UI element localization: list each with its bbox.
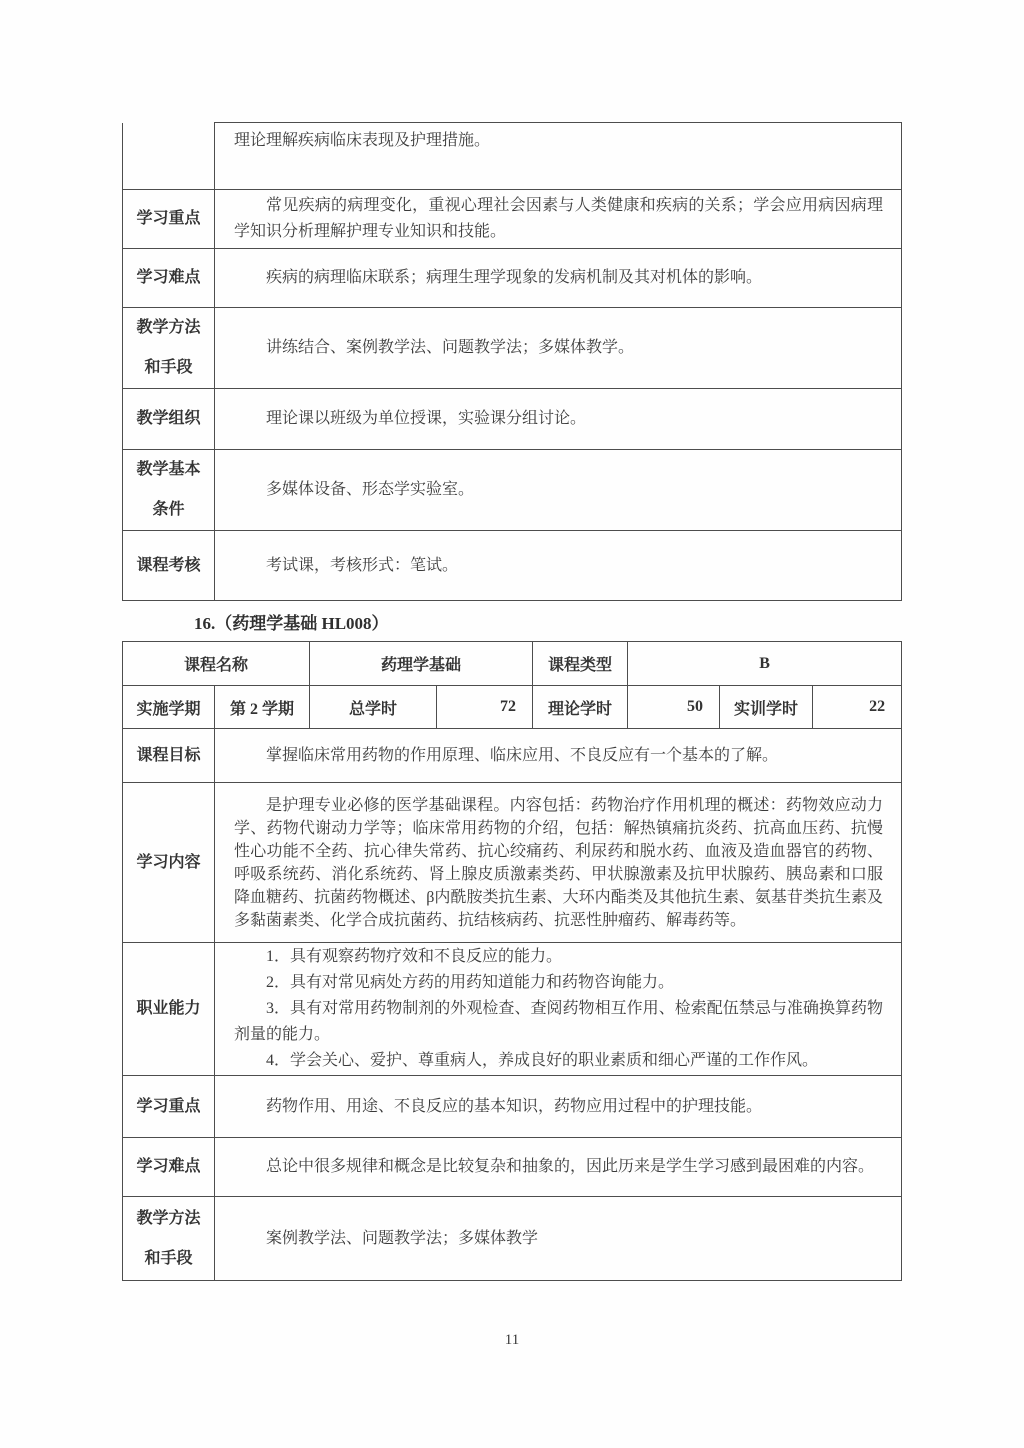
study-focus-text: 常见疾病的病理变化，重视心理社会因素与人类健康和疾病的关系；学会应用病因病理学知… <box>234 193 883 245</box>
continuation-text: 理论理解疾病临床表现及护理措施。 <box>234 128 883 154</box>
table-row: 学习重点 常见疾病的病理变化，重视心理社会因素与人类健康和疾病的关系；学会应用病… <box>123 190 902 249</box>
table-row: 课程目标 掌握临床常用药物的作用原理、临床应用、不良反应有一个基本的了解。 <box>123 729 902 783</box>
study-difficulty-text: 总论中很多规律和概念是比较复杂和抽象的，因此历来是学生学习感到最困难的内容。 <box>234 1154 883 1180</box>
practice-hours-label: 实训学时 <box>720 686 813 729</box>
study-focus-cell: 药物作用、用途、不良反应的基本知识，药物应用过程中的护理技能。 <box>215 1076 902 1138</box>
teaching-method-text: 案例教学法、问题教学法；多媒体教学 <box>234 1226 883 1252</box>
ability-item-4: 4．学会关心、爱护、尊重病人，养成良好的职业素质和细心严谨的工作作风。 <box>234 1048 883 1074</box>
continuation-cell: 理论理解疾病临床表现及护理措施。 <box>215 123 902 190</box>
course-type-label: 课程类型 <box>533 642 628 686</box>
course-assessment-cell: 考试课，考核形式：笔试。 <box>215 531 902 601</box>
table-row: 教学组织 理论课以班级为单位授课，实验课分组讨论。 <box>123 389 902 450</box>
ability-item-1: 1．具有观察药物疗效和不良反应的能力。 <box>234 944 883 970</box>
table-row: 教学方法 和手段 案例教学法、问题教学法；多媒体教学 <box>123 1197 902 1281</box>
label-study-focus: 学习重点 <box>123 190 215 249</box>
document-page: 理论理解疾病临床表现及护理措施。 学习重点 常见疾病的病理变化，重视心理社会因素… <box>0 0 1024 1448</box>
semester-value: 第 2 学期 <box>215 686 310 729</box>
table-row: 职业能力 1．具有观察药物疗效和不良反应的能力。 2．具有对常见病处方药的用药知… <box>123 943 902 1076</box>
section-heading: 16.（药理学基础 HL008） <box>194 609 389 634</box>
label-teaching-method: 教学方法 和手段 <box>123 308 215 389</box>
course-schedule-row: 实施学期 第 2 学期 总学时 72 理论学时 50 实训学时 22 <box>123 686 902 729</box>
semester-label: 实施学期 <box>123 686 215 729</box>
course-assessment-text: 考试课，考核形式：笔试。 <box>234 553 883 579</box>
study-content-text: 是护理专业必修的医学基础课程。内容包括：药物治疗作用机理的概述：药物效应动力学、… <box>234 794 883 932</box>
table-row: 学习内容 是护理专业必修的医学基础课程。内容包括：药物治疗作用机理的概述：药物效… <box>123 783 902 943</box>
label-study-content: 学习内容 <box>123 783 215 943</box>
teaching-method-cell: 讲练结合、案例教学法、问题教学法；多媒体教学。 <box>215 308 902 389</box>
label-professional-ability: 职业能力 <box>123 943 215 1076</box>
label-teaching-facilities: 教学基本 条件 <box>123 450 215 531</box>
course-goal-cell: 掌握临床常用药物的作用原理、临床应用、不良反应有一个基本的了解。 <box>215 729 902 783</box>
total-hours-label: 总学时 <box>310 686 437 729</box>
table-row: 课程考核 考试课，考核形式：笔试。 <box>123 531 902 601</box>
course-goal-text: 掌握临床常用药物的作用原理、临床应用、不良反应有一个基本的了解。 <box>234 743 883 769</box>
label-study-difficulty: 学习难点 <box>123 249 215 308</box>
label-study-focus: 学习重点 <box>123 1076 215 1138</box>
label-course-assessment: 课程考核 <box>123 531 215 601</box>
study-difficulty-text: 疾病的病理临床联系；病理生理学现象的发病机制及其对机体的影响。 <box>234 265 883 291</box>
course-header-row: 课程名称 药理学基础 课程类型 B <box>123 642 902 686</box>
study-content-cell: 是护理专业必修的医学基础课程。内容包括：药物治疗作用机理的概述：药物效应动力学、… <box>215 783 902 943</box>
ability-item-3: 3．具有对常用药物制剂的外观检查、查阅药物相互作用、检索配伍禁忌与准确换算药物剂… <box>234 996 883 1048</box>
table-row: 理论理解疾病临床表现及护理措施。 <box>123 123 902 190</box>
theory-hours-label: 理论学时 <box>533 686 628 729</box>
table-row: 教学方法 和手段 讲练结合、案例教学法、问题教学法；多媒体教学。 <box>123 308 902 389</box>
course-name-value: 药理学基础 <box>310 642 533 686</box>
teaching-organization-cell: 理论课以班级为单位授课，实验课分组讨论。 <box>215 389 902 450</box>
label-course-goal: 课程目标 <box>123 729 215 783</box>
table-row: 学习重点 药物作用、用途、不良反应的基本知识，药物应用过程中的护理技能。 <box>123 1076 902 1138</box>
teaching-facilities-text: 多媒体设备、形态学实验室。 <box>234 477 883 503</box>
label-teaching-organization: 教学组织 <box>123 389 215 450</box>
page-number: 11 <box>0 1332 1024 1349</box>
teaching-method-text: 讲练结合、案例教学法、问题教学法；多媒体教学。 <box>234 335 883 361</box>
study-focus-cell: 常见疾病的病理变化，重视心理社会因素与人类健康和疾病的关系；学会应用病因病理学知… <box>215 190 902 249</box>
course15-syllabus-table: 理论理解疾病临床表现及护理措施。 学习重点 常见疾病的病理变化，重视心理社会因素… <box>122 122 902 601</box>
table-row: 学习难点 疾病的病理临床联系；病理生理学现象的发病机制及其对机体的影响。 <box>123 249 902 308</box>
table-label-cell-empty <box>123 123 215 190</box>
teaching-method-cell: 案例教学法、问题教学法；多媒体教学 <box>215 1197 902 1281</box>
label-teaching-method: 教学方法 和手段 <box>123 1197 215 1281</box>
label-study-difficulty: 学习难点 <box>123 1138 215 1197</box>
practice-hours-value: 22 <box>813 686 902 729</box>
ability-item-2: 2．具有对常见病处方药的用药知道能力和药物咨询能力。 <box>234 970 883 996</box>
study-difficulty-cell: 总论中很多规律和概念是比较复杂和抽象的，因此历来是学生学习感到最困难的内容。 <box>215 1138 902 1197</box>
theory-hours-value: 50 <box>628 686 720 729</box>
professional-ability-cell: 1．具有观察药物疗效和不良反应的能力。 2．具有对常见病处方药的用药知道能力和药… <box>215 943 902 1076</box>
course-name-label: 课程名称 <box>123 642 310 686</box>
table-row: 教学基本 条件 多媒体设备、形态学实验室。 <box>123 450 902 531</box>
course16-syllabus-table: 课程名称 药理学基础 课程类型 B 实施学期 第 2 学期 总学时 72 理论学… <box>122 641 902 1281</box>
teaching-facilities-cell: 多媒体设备、形态学实验室。 <box>215 450 902 531</box>
table-row: 学习难点 总论中很多规律和概念是比较复杂和抽象的，因此历来是学生学习感到最困难的… <box>123 1138 902 1197</box>
total-hours-value: 72 <box>437 686 533 729</box>
teaching-organization-text: 理论课以班级为单位授课，实验课分组讨论。 <box>234 406 883 432</box>
study-difficulty-cell: 疾病的病理临床联系；病理生理学现象的发病机制及其对机体的影响。 <box>215 249 902 308</box>
course-type-value: B <box>628 642 902 686</box>
study-focus-text: 药物作用、用途、不良反应的基本知识，药物应用过程中的护理技能。 <box>234 1094 883 1120</box>
